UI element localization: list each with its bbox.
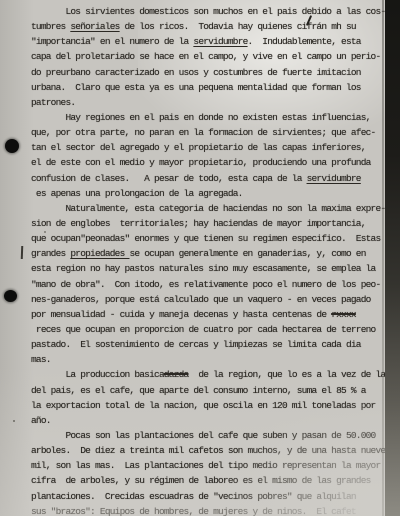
paper-speck	[44, 231, 46, 233]
punch-hole-icon	[5, 139, 19, 153]
text-segment: el de este con el medio y mayor propieta…	[31, 157, 371, 168]
text-segment: patrones.	[31, 97, 75, 108]
text-block: Los sirvientes domesticos son muchos en …	[31, 4, 383, 516]
scan-shadow-left	[0, 0, 34, 516]
paper-speck	[13, 420, 15, 422]
text-segment: confusion de clases. A pesar de todo, es…	[31, 173, 307, 184]
text-line: el de este con el medio y mayor propieta…	[31, 155, 383, 170]
text-line: tumbres señoriales de los ricos. Todavia…	[31, 19, 383, 34]
text-segment: "importancia" en el numero de la	[31, 36, 193, 47]
text-segment: por mensualidad - cuida y maneja decenas…	[31, 309, 331, 320]
text-segment: que ocupan"peonadas" enormes y que tiene…	[31, 233, 380, 244]
text-line: pastado. El sostenimiento de cercas y li…	[31, 337, 383, 352]
text-segment: se ocupan generalmente en ganaderias, y,…	[129, 248, 365, 259]
underlined-text: propiedades	[70, 248, 129, 259]
text-line: plantaciones. Crecidas escuadras de "vec…	[31, 489, 383, 504]
text-segment: tumbres	[31, 21, 70, 32]
text-segment: sus "brazos": Equipos de hombres, de muj…	[31, 506, 356, 516]
text-segment: que, por otra parte, no paran en la form…	[31, 127, 375, 138]
punch-hole-icon	[4, 290, 17, 302]
text-segment: mil, son las mas. Las plantaciones del t…	[31, 460, 380, 471]
text-segment: del pais, es el cafe, que aparte del con…	[31, 385, 366, 396]
text-line: por mensualidad - cuida y maneja decenas…	[31, 307, 383, 322]
text-line: capa del proletariado se hace en el camp…	[31, 49, 383, 64]
text-line: Pocas son las plantaciones del cafe que …	[31, 428, 383, 443]
text-line: cifra de arboles, y su régimen de labore…	[31, 473, 383, 488]
text-segment: tan el sector del agregado y el propieta…	[31, 142, 366, 153]
text-line: Los sirvientes domesticos son muchos en …	[31, 4, 383, 19]
text-segment: año.	[31, 415, 51, 426]
text-line: nes-ganaderos, porque está calculado que…	[31, 292, 383, 307]
text-line: grandes propiedades se ocupan generalmen…	[31, 246, 383, 261]
text-line: tan el sector del agregado y el propieta…	[31, 140, 383, 155]
text-line: sus "brazos": Equipos de hombres, de muj…	[31, 504, 383, 516]
text-line: arboles. De diez a treinta mil cafetos s…	[31, 443, 383, 458]
underlined-text: servidumbre	[307, 173, 361, 184]
text-segment: mas.	[31, 354, 51, 365]
text-line: que, por otra parte, no paran en la form…	[31, 125, 383, 140]
text-segment: la exportacion total de la nacion, que o…	[31, 400, 375, 411]
text-segment: reces que ocupan en proporcion de cuatro…	[31, 324, 375, 335]
text-line: patrones.	[31, 95, 383, 110]
text-line: Naturalmente, esta categoria de hacienda…	[31, 201, 383, 216]
text-segment: de la region, que lo es a la vez de la	[188, 369, 385, 380]
text-line: "importancia" en el numero de la servidu…	[31, 34, 383, 49]
text-line: urbana. Claro que esta ya es una pequena…	[31, 80, 383, 95]
text-segment: capa del proletariado se hace en el camp…	[31, 51, 380, 62]
text-segment: sion de englobes territoriales; hay haci…	[31, 218, 366, 229]
underlined-text: señoriales	[70, 21, 119, 32]
text-segment: Naturalmente, esta categoria de hacienda…	[31, 203, 385, 214]
text-line: Hay regiones en el pais en donde no exis…	[31, 110, 383, 125]
text-segment: . Indudablemente, esta	[248, 36, 361, 47]
text-line: sion de englobes territoriales; hay haci…	[31, 216, 383, 231]
text-segment: arboles. De diez a treinta mil cafetos s…	[31, 445, 385, 456]
text-line: La produccion basicadazda de la region, …	[31, 367, 383, 382]
text-line: mil, son las mas. Las plantaciones del t…	[31, 458, 383, 473]
text-line: del pais, es el cafe, que aparte del con…	[31, 383, 383, 398]
text-segment: de los ricos. Todavia hay quienes cifrán…	[120, 21, 356, 32]
text-line: "mano de obra". Con itodo, es relativame…	[31, 277, 383, 292]
struck-text: dazda	[164, 369, 189, 380]
text-segment: cifra de arboles, y su régimen de labore…	[31, 475, 371, 486]
text-line: la exportacion total de la nacion, que o…	[31, 398, 383, 413]
page-edge-gap	[382, 0, 384, 516]
text-line: año.	[31, 413, 383, 428]
margin-tick-mark	[21, 246, 23, 259]
text-segment: Los sirvientes domesticos son muchos en …	[31, 6, 385, 17]
scan-edge-strip	[385, 0, 400, 516]
text-segment: "mano de obra". Con itodo, es relativame…	[31, 279, 380, 290]
text-segment: nes-ganaderos, porque está calculado que…	[31, 294, 371, 305]
text-segment: pastado. El sostenimiento de cercas y li…	[31, 339, 361, 350]
text-line: es apenas una prolongacion de la agregad…	[31, 186, 383, 201]
text-segment: Hay regiones en el pais en donde no exis…	[31, 112, 371, 123]
text-segment: urbana. Claro que esta ya es una pequena…	[31, 82, 361, 93]
text-line: confusion de clases. A pesar de todo, es…	[31, 171, 383, 186]
text-line: que ocupan"peonadas" enormes y que tiene…	[31, 231, 383, 246]
text-segment: do preurbano caracterizado en usos y cos…	[31, 67, 361, 78]
text-segment: esta region no hay pastos naturales sino…	[31, 263, 375, 274]
text-segment: plantaciones. Crecidas escuadras de "vec…	[31, 491, 356, 502]
underlined-text: servidumbre	[193, 36, 247, 47]
struck-text: rxxxx	[331, 309, 356, 320]
text-segment: Pocas son las plantaciones del cafe que …	[31, 430, 375, 441]
text-line: do preurbano caracterizado en usos y cos…	[31, 65, 383, 80]
text-segment: grandes	[31, 248, 70, 259]
text-line: reces que ocupan en proporcion de cuatro…	[31, 322, 383, 337]
text-segment: La produccion basica	[31, 369, 164, 380]
text-line: esta region no hay pastos naturales sino…	[31, 261, 383, 276]
text-line: mas.	[31, 352, 383, 367]
text-segment: es apenas una prolongacion de la agregad…	[31, 188, 243, 199]
